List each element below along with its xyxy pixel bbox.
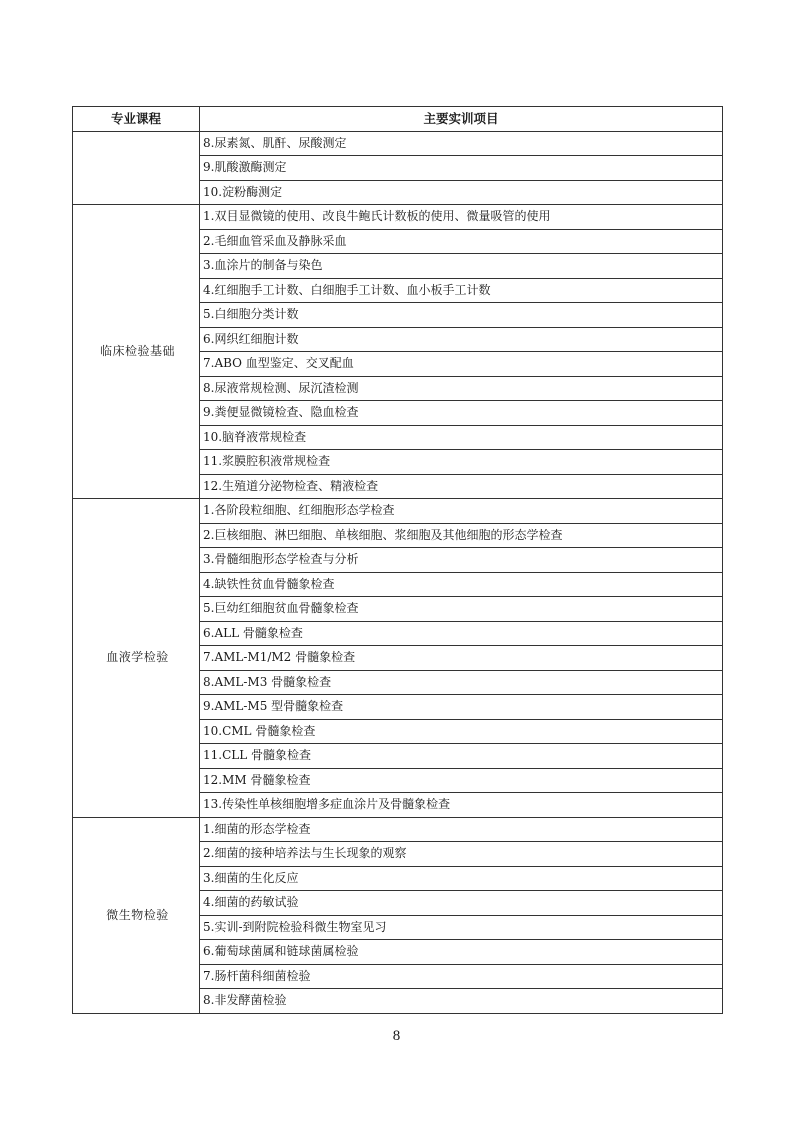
project-item-cell: 10.脑脊液常规检查 bbox=[200, 425, 723, 450]
project-item-cell: 8.尿素氮、肌酐、尿酸测定 bbox=[200, 131, 723, 156]
course-name-cell: 临床检验基础 bbox=[73, 205, 200, 499]
course-name-cell bbox=[73, 131, 200, 205]
project-item-cell: 7.ABO 血型鉴定、交叉配血 bbox=[200, 352, 723, 377]
project-item-cell: 4.红细胞手工计数、白细胞手工计数、血小板手工计数 bbox=[200, 278, 723, 303]
project-item-cell: 2.巨核细胞、淋巴细胞、单核细胞、浆细胞及其他细胞的形态学检查 bbox=[200, 523, 723, 548]
project-item-cell: 13.传染性单核细胞增多症血涂片及骨髓象检查 bbox=[200, 793, 723, 818]
project-item-cell: 11.浆膜腔积液常规检查 bbox=[200, 450, 723, 475]
project-item-cell: 7.肠杆菌科细菌检验 bbox=[200, 964, 723, 989]
project-item-cell: 8.AML-M3 骨髓象检查 bbox=[200, 670, 723, 695]
page-number: 8 bbox=[0, 1028, 793, 1045]
project-item-cell: 9.肌酸激酶测定 bbox=[200, 156, 723, 181]
project-item-cell: 4.缺铁性贫血骨髓象检查 bbox=[200, 572, 723, 597]
project-item-cell: 11.CLL 骨髓象检查 bbox=[200, 744, 723, 769]
project-item-cell: 9.粪便显微镜检查、隐血检查 bbox=[200, 401, 723, 426]
table-row: 临床检验基础1.双目显微镜的使用、改良牛鲍氏计数板的使用、微量吸管的使用 bbox=[73, 205, 723, 230]
project-item-cell: 12.生殖道分泌物检查、精液检查 bbox=[200, 474, 723, 499]
project-item-cell: 9.AML-M5 型骨髓象检查 bbox=[200, 695, 723, 720]
training-projects-table: 专业课程 主要实训项目 8.尿素氮、肌酐、尿酸测定9.肌酸激酶测定10.淀粉酶测… bbox=[72, 106, 723, 1014]
project-item-cell: 12.MM 骨髓象检查 bbox=[200, 768, 723, 793]
project-item-cell: 6.ALL 骨髓象检查 bbox=[200, 621, 723, 646]
project-item-cell: 1.双目显微镜的使用、改良牛鲍氏计数板的使用、微量吸管的使用 bbox=[200, 205, 723, 230]
table-body: 8.尿素氮、肌酐、尿酸测定9.肌酸激酶测定10.淀粉酶测定临床检验基础1.双目显… bbox=[73, 131, 723, 1013]
project-item-cell: 7.AML-M1/M2 骨髓象检查 bbox=[200, 646, 723, 671]
project-item-cell: 4.细菌的药敏试验 bbox=[200, 891, 723, 916]
project-item-cell: 5.白细胞分类计数 bbox=[200, 303, 723, 328]
project-item-cell: 10.淀粉酶测定 bbox=[200, 180, 723, 205]
table-row: 8.尿素氮、肌酐、尿酸测定 bbox=[73, 131, 723, 156]
project-item-cell: 3.血涂片的制备与染色 bbox=[200, 254, 723, 279]
course-name-cell: 微生物检验 bbox=[73, 817, 200, 1013]
course-name-cell: 血液学检验 bbox=[73, 499, 200, 818]
table-row: 微生物检验1.细菌的形态学检查 bbox=[73, 817, 723, 842]
project-item-cell: 6.网织红细胞计数 bbox=[200, 327, 723, 352]
project-item-cell: 5.实训-到附院检验科微生物室见习 bbox=[200, 915, 723, 940]
project-item-cell: 8.尿液常规检测、尿沉渣检测 bbox=[200, 376, 723, 401]
header-projects: 主要实训项目 bbox=[200, 107, 723, 132]
project-item-cell: 8.非发酵菌检验 bbox=[200, 989, 723, 1014]
project-item-cell: 3.骨髓细胞形态学检查与分析 bbox=[200, 548, 723, 573]
project-item-cell: 2.细菌的接种培养法与生长现象的观察 bbox=[200, 842, 723, 867]
project-item-cell: 6.葡萄球菌属和链球菌属检验 bbox=[200, 940, 723, 965]
project-item-cell: 5.巨幼红细胞贫血骨髓象检查 bbox=[200, 597, 723, 622]
project-item-cell: 2.毛细血管采血及静脉采血 bbox=[200, 229, 723, 254]
project-item-cell: 10.CML 骨髓象检查 bbox=[200, 719, 723, 744]
project-item-cell: 1.细菌的形态学检查 bbox=[200, 817, 723, 842]
table-row: 血液学检验1.各阶段粒细胞、红细胞形态学检查 bbox=[73, 499, 723, 524]
header-course: 专业课程 bbox=[73, 107, 200, 132]
table-header-row: 专业课程 主要实训项目 bbox=[73, 107, 723, 132]
project-item-cell: 3.细菌的生化反应 bbox=[200, 866, 723, 891]
project-item-cell: 1.各阶段粒细胞、红细胞形态学检查 bbox=[200, 499, 723, 524]
